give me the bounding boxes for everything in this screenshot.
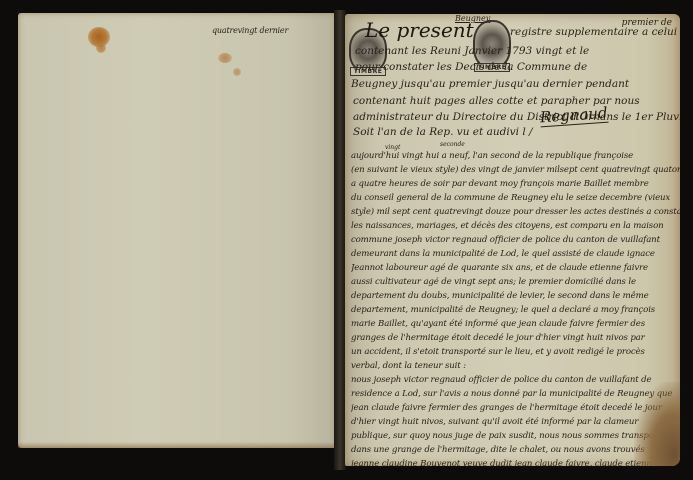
- body-line: a quatre heures de soir par devant moy f…: [351, 179, 680, 189]
- body-line: style) mil sept cent quatrevingt douze p…: [351, 207, 680, 217]
- body-line: nous joseph victor regnaud officier de p…: [351, 375, 680, 385]
- ink-stain: [218, 53, 232, 63]
- body-line: granges de l'hermitage étoit decedé le j…: [351, 333, 680, 343]
- body-line: marie Baillet, qu'ayant été informé que …: [351, 319, 680, 329]
- body-line: publique, sur quoy nous juge de paix sus…: [351, 431, 680, 441]
- ink-stain: [96, 43, 106, 53]
- signature: Regnaud: [539, 104, 608, 128]
- body-line: aussi cultivateur agé de vingt sept ans;…: [351, 277, 680, 287]
- document-title: Le present: [365, 18, 474, 42]
- body-line: demeurant dans la municipalité de Lod, l…: [351, 249, 680, 259]
- body-line: departement du doubs, municipalité de le…: [351, 291, 680, 301]
- body-line: jean claude faivre fermier des granges d…: [351, 403, 680, 413]
- header-line: contenant huit pages alles cotte et para…: [353, 95, 680, 107]
- body-line: Jeannot laboureur agé de quarante six an…: [351, 263, 680, 273]
- header-line: Soit l'an de la Rep. vu et audivi l /: [353, 126, 680, 138]
- body-line: d'hier vingt huit nivos, suivant qu'il a…: [351, 417, 680, 427]
- body-line: residence a Lod, sur l'avis a nous donné…: [351, 389, 680, 399]
- ink-stain: [233, 68, 241, 76]
- header-line: administrateur du Directoire du District…: [353, 111, 680, 123]
- left-page: [18, 13, 336, 448]
- header-line: registre supplementaire a celui: [510, 26, 680, 38]
- interlinear-note: vingt: [385, 144, 400, 151]
- body-line: (en suivant le vieux style) des vingt de…: [351, 165, 680, 175]
- header-line: Beugney jusqu'au premier jusqu'au dernie…: [351, 78, 680, 90]
- document-viewer: quatrevingt dernier TIMBRE TIMBRE Beugne…: [0, 0, 693, 480]
- page-edge: [18, 442, 336, 448]
- right-page: TIMBRE TIMBRE Beugney Le present premier…: [345, 14, 680, 466]
- body-line: dans une grange de l'hermitage, dite le …: [351, 445, 680, 455]
- body-line: aujourd'hui vingt hui a neuf, l'an secon…: [351, 151, 680, 161]
- header-line: pour constater les Decis de la Commune d…: [355, 61, 680, 73]
- header-line: contenant les Reuni Janvier 1793 vingt e…: [355, 45, 680, 57]
- body-line: commune joseph victor regnaud officier d…: [351, 235, 680, 245]
- left-margin-note: quatrevingt dernier: [212, 26, 332, 35]
- interlinear-note: seconde: [440, 141, 465, 148]
- body-line: un accident, il s'etoit transporté sur l…: [351, 347, 680, 357]
- torn-corner: [634, 382, 680, 466]
- body-line: du conseil general de la commune de Reug…: [351, 193, 680, 203]
- body-line: jeanne claudine Bouvenot veuve dudit jea…: [351, 459, 680, 466]
- body-line: verbal, dont la teneur suit :: [351, 361, 680, 371]
- bleed-through-text: [138, 253, 141, 262]
- body-line: les naissances, mariages, et décès des c…: [351, 221, 680, 231]
- body-line: departement, municipalité de Reugney; le…: [351, 305, 680, 315]
